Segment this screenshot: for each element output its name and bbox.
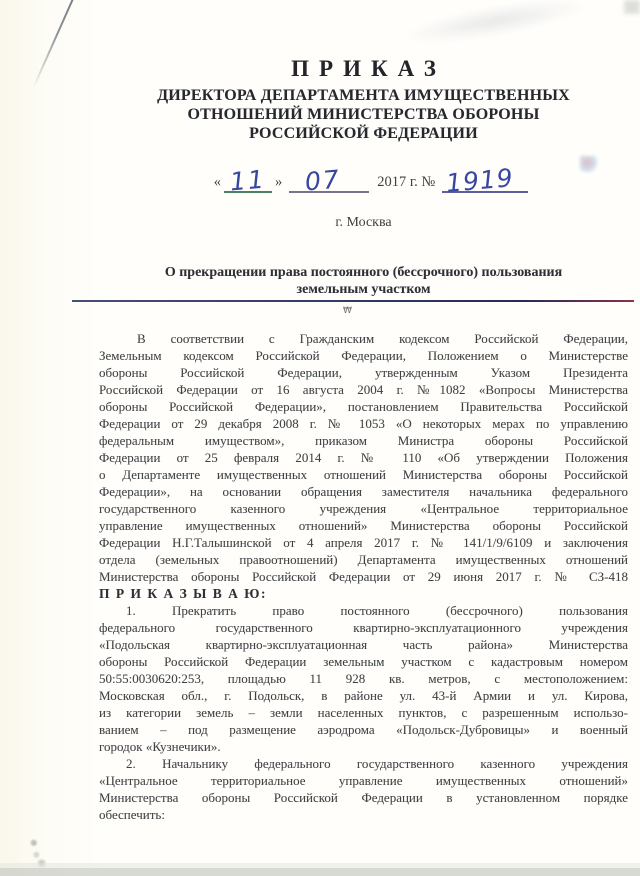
order-title: ПРИКАЗ <box>99 56 628 82</box>
handwritten-day: 11 <box>229 164 267 196</box>
body-line: 50:55:0030620:253, площадью 11 928 кв. м… <box>99 670 628 687</box>
body-line: 1. Прекратить право постоянного (бессроч… <box>99 602 628 619</box>
body-line: обороны Российской Федерации», постановл… <box>99 398 628 415</box>
body-line: о Департаменте имущественных отношений М… <box>99 466 628 483</box>
body-line: Федерации», на основании обращения замес… <box>99 483 628 500</box>
year-and-number-label: 2017 г. № <box>377 174 435 193</box>
issuing-authority: ДИРЕКТОРА ДЕПАРТАМЕНТА ИМУЩЕСТВЕННЫХ ОТН… <box>99 86 628 143</box>
body-line: государственного казенного учреждения «Ц… <box>99 500 628 517</box>
subject-line: земельным участком <box>138 282 590 299</box>
body-line: Министерства обороны Российской Федераци… <box>99 789 628 806</box>
body-line: Земельным кодексом Российской Федерации,… <box>99 347 628 364</box>
month-field: 07 <box>289 157 369 193</box>
pen-stroke-artifact <box>30 0 76 93</box>
body-line: обеспечить: <box>99 806 628 823</box>
authority-line: РОССИЙСКОЙ ФЕДЕРАЦИИ <box>99 124 628 143</box>
day-field: 11 <box>224 157 272 193</box>
body-line: отдела (земельных правоотношений) Департ… <box>99 551 628 568</box>
body-line: федерального государственного квартирно-… <box>99 619 628 636</box>
subject-line: О прекращении права постоянного (бессроч… <box>138 265 590 282</box>
order-verb-line: П Р И К А З Ы В А Ю: <box>99 585 628 602</box>
authority-line: ДИРЕКТОРА ДЕПАРТАМЕНТА ИМУЩЕСТВЕННЫХ <box>99 86 628 105</box>
body-line: федеральным имуществом», приказом Минист… <box>99 432 628 449</box>
body-line: 2. Начальнику федерального государственн… <box>99 755 628 772</box>
subject-underline <box>72 300 634 302</box>
scanned-document-page: ₩ ПРИКАЗ ДИРЕКТОРА ДЕПАРТАМЕНТА ИМУЩЕСТВ… <box>0 0 640 876</box>
body-line: Министерства обороны Российской Федераци… <box>99 568 628 585</box>
place-of-issue: г. Москва <box>99 215 628 231</box>
close-quote: » <box>272 174 285 193</box>
body-line: ванием – под размещение аэродрома «Подол… <box>99 721 628 738</box>
body-line: Федерации от 25 февраля 2014 г. № 110 «О… <box>99 449 628 466</box>
authority-line: ОТНОШЕНИЙ МИНИСТЕРСТВА ОБОРОНЫ <box>99 105 628 124</box>
body-line: из категории земель – земли населенных п… <box>99 704 628 721</box>
body-line: обороны Российской Федерации земельным у… <box>99 653 628 670</box>
body-line: городок «Кузнечики». <box>99 738 628 755</box>
body-line: Федерации Н.Г.Талышинской от 4 апреля 20… <box>99 534 628 551</box>
handwritten-month: 07 <box>304 164 342 196</box>
order-body: В соответствии с Гражданским кодексом Ро… <box>99 330 628 823</box>
body-line: В соответствии с Гражданским кодексом Ро… <box>99 330 628 347</box>
document-text-column: ПРИКАЗ ДИРЕКТОРА ДЕПАРТАМЕНТА ИМУЩЕСТВЕН… <box>99 0 628 823</box>
body-line: Московская обл., г. Подольск, в районе у… <box>99 687 628 704</box>
order-number-field: 1919 <box>442 157 528 193</box>
body-line: управление имущественных отношений» Мини… <box>99 517 628 534</box>
order-subject: О прекращении права постоянного (бессроч… <box>138 265 590 298</box>
open-quote: « <box>211 174 224 193</box>
body-line: «Центральное территориальное управление … <box>99 772 628 789</box>
scanner-edge-band <box>0 868 640 876</box>
handwritten-order-number: 1919 <box>445 163 515 198</box>
date-and-number-line: « 11 » 07 2017 г. № 1919 <box>105 159 634 193</box>
body-line: обороны Российской Федерации, утвержденн… <box>99 364 628 381</box>
body-line: «Подольская квартирно-эксплуатационная ч… <box>99 636 628 653</box>
body-line: Российской Федерации от 16 августа 2004 … <box>99 381 628 398</box>
body-line: Федерации от 29 декабря 2008 г. № 1053 «… <box>99 415 628 432</box>
